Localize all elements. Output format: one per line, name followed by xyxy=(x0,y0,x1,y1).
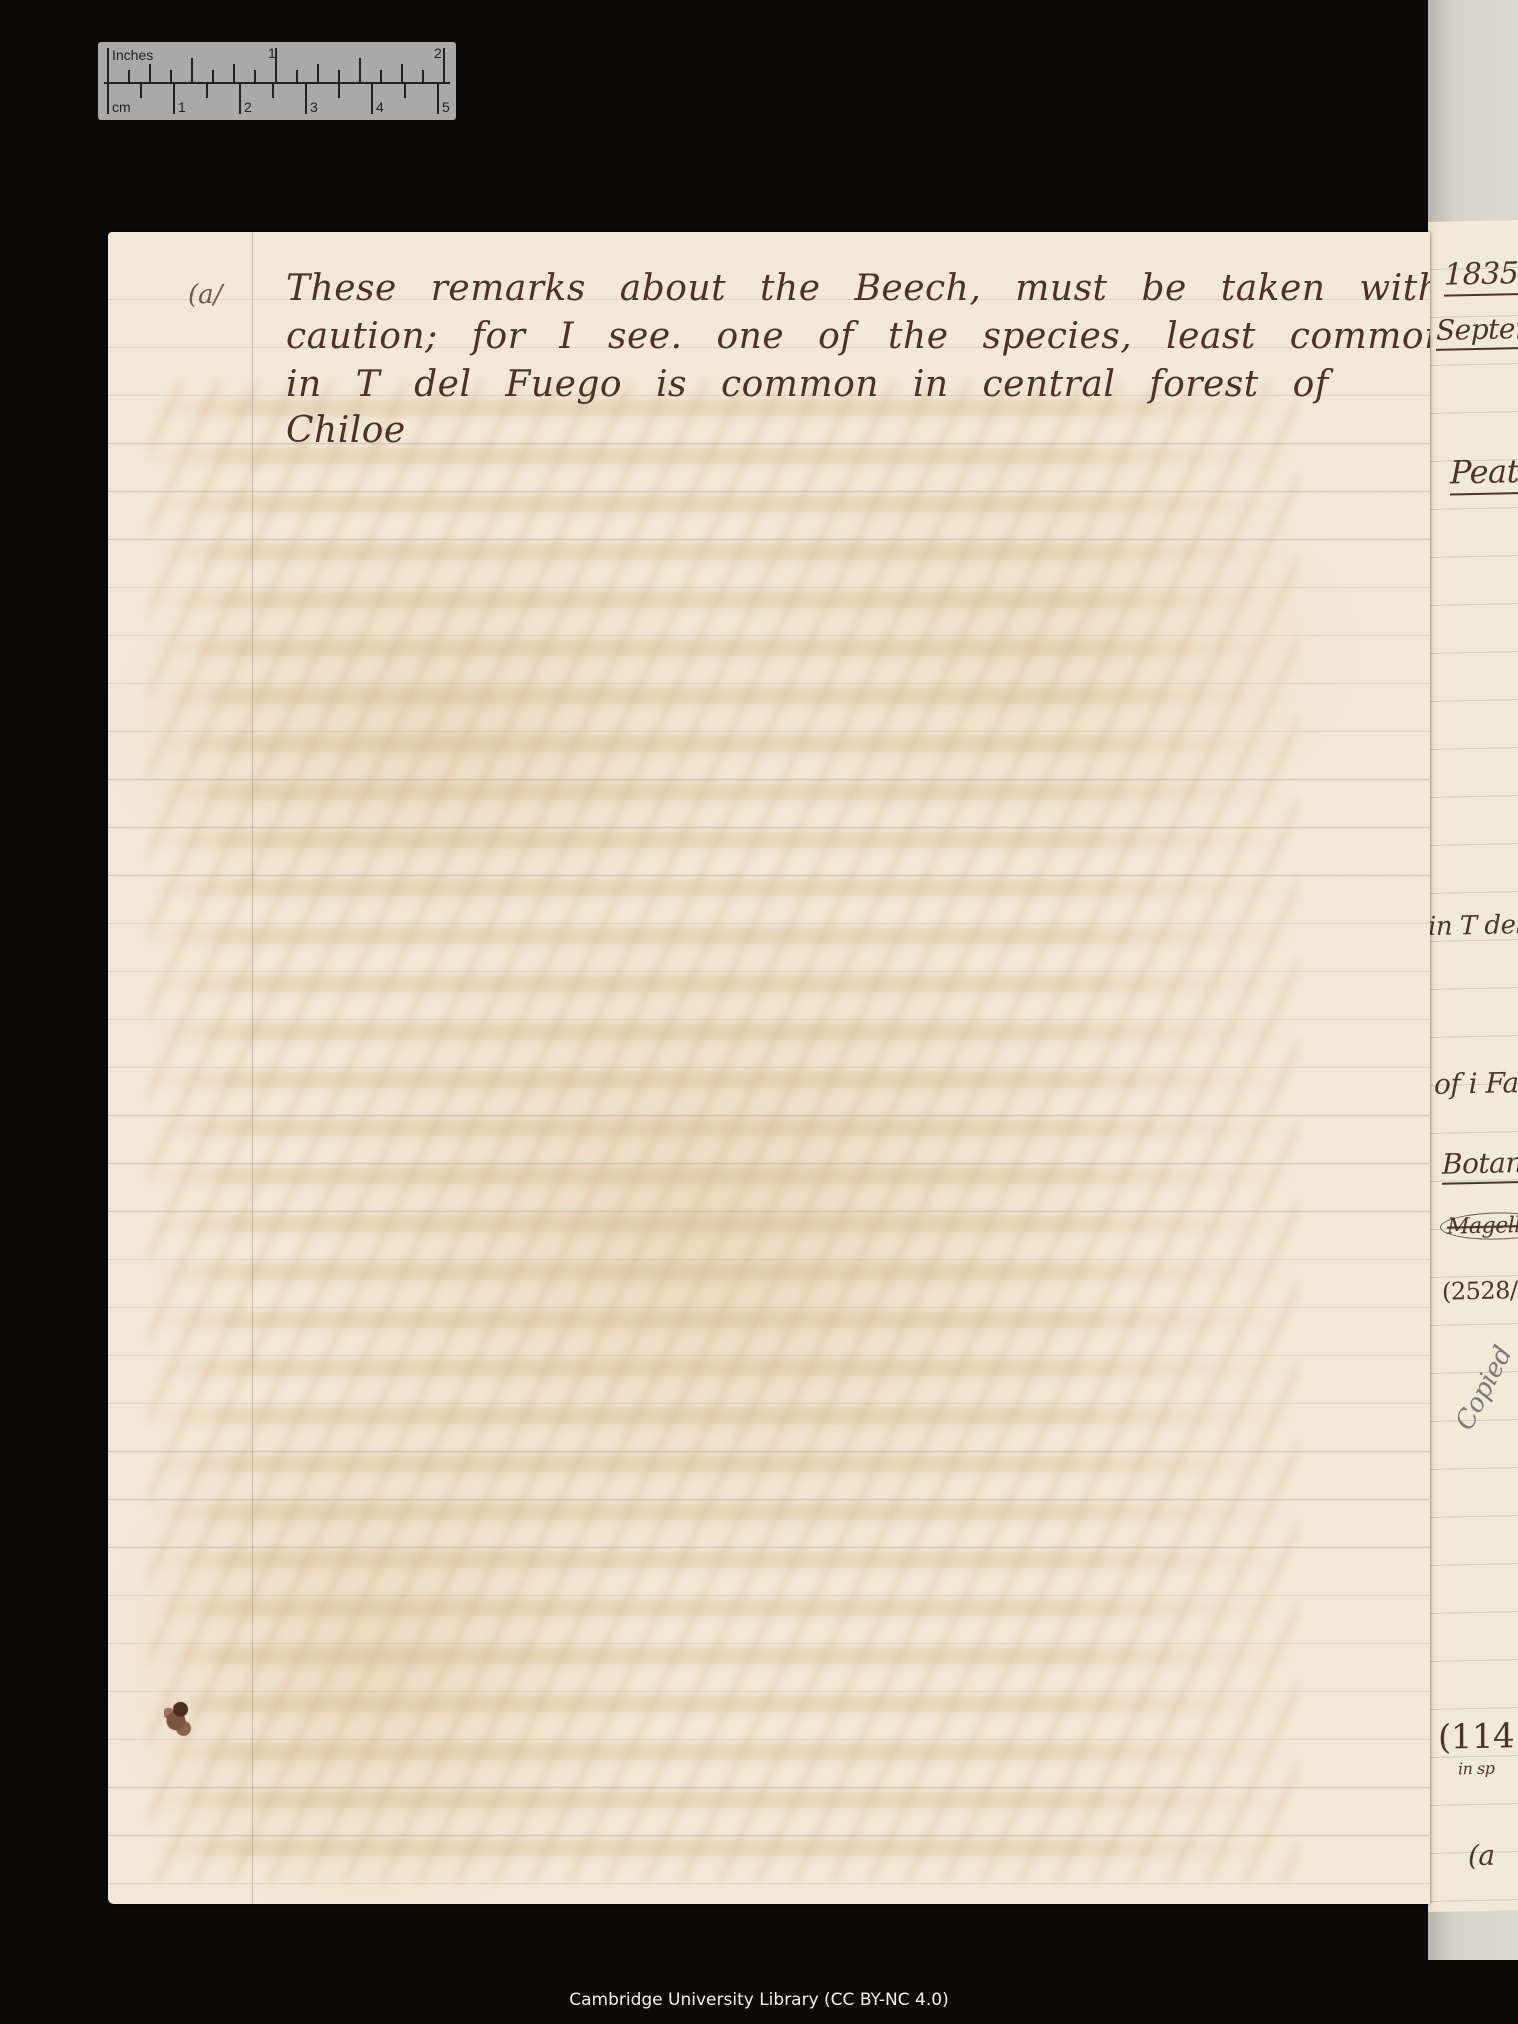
ruler-tick xyxy=(239,82,241,114)
margin-note-fuego: in T del Fuego xyxy=(1428,908,1518,942)
ruler-tick xyxy=(296,70,298,82)
ruler-tick xyxy=(254,70,256,82)
ruler-tick xyxy=(338,70,340,82)
note-marker: (a/ xyxy=(188,280,222,310)
ruler-tick xyxy=(275,48,277,82)
margin-year: 1835 xyxy=(1444,256,1518,297)
image-credit: Cambridge University Library (CC BY-NC 4… xyxy=(0,1990,1518,2010)
manuscript-page: (a/ These remarks about the Beech, must … xyxy=(108,232,1430,1904)
margin-month: September xyxy=(1436,311,1518,351)
ruler-cm-mark: 1 xyxy=(178,100,186,114)
ruler-tick xyxy=(107,82,109,114)
ruler-inches-label: Inches xyxy=(112,48,153,62)
margin-number-sub: in sp xyxy=(1458,1759,1494,1779)
ruler-tick xyxy=(371,82,373,114)
ink-bleed-through-strokes xyxy=(148,382,1298,1882)
ruler-tick xyxy=(380,70,382,82)
ruler-tick xyxy=(233,64,235,82)
ruler-cm-mark: 3 xyxy=(310,100,318,114)
ruler-tick xyxy=(443,48,445,82)
margin-specimen-number: (2528/ xyxy=(1442,1276,1518,1306)
ruler-tick xyxy=(401,64,403,82)
ruler-cm-mark: 2 xyxy=(244,100,252,114)
margin-number-a: (a xyxy=(1468,1839,1495,1873)
ruler-tick xyxy=(173,82,175,114)
ruler-tick xyxy=(212,70,214,82)
ruler-tick xyxy=(437,82,439,114)
text-line: Chiloe xyxy=(286,410,406,451)
text-line: caution; for I see. one of the species, … xyxy=(286,316,1430,357)
ruler-cm-label: cm xyxy=(112,100,131,114)
ruler-tick xyxy=(359,58,361,82)
adjacent-page: 1835 September Peat in T del Fuego of i … xyxy=(1428,220,1518,1912)
margin-heading-peat: Peat xyxy=(1450,452,1518,495)
ruler-cm-mark: 5 xyxy=(442,100,450,114)
text-line: in T del Fuego is common in central fore… xyxy=(286,364,1329,405)
margin-note-falkland: of i Falkland xyxy=(1434,1064,1518,1101)
ruler-tick xyxy=(107,48,109,82)
ruler-tick xyxy=(422,70,424,82)
ruler-cm-mark: 4 xyxy=(376,100,384,114)
margin-heading-botany: Botany xyxy=(1442,1146,1518,1185)
text-line: These remarks about the Beech, must be t… xyxy=(286,268,1430,309)
ruler-tick xyxy=(317,64,319,82)
ruler-tick xyxy=(140,82,142,98)
ruler-tick xyxy=(149,64,151,82)
ruler-tick xyxy=(338,82,340,98)
ruler-inch-mark: 2 xyxy=(434,46,442,60)
ruler-tick xyxy=(206,82,208,98)
ruler-midline xyxy=(104,82,450,84)
ruler-tick xyxy=(170,70,172,82)
ink-blot xyxy=(164,1698,194,1736)
margin-number-114: (114 xyxy=(1438,1716,1514,1758)
ruler-tick xyxy=(305,82,307,114)
scale-ruler: Inches cm 1 2 1 2 3 4 5 xyxy=(98,42,456,120)
ruler-tick xyxy=(272,82,274,98)
ruler-tick xyxy=(128,70,130,82)
ruler-tick xyxy=(191,58,193,82)
margin-crossed-out: Magellan xyxy=(1440,1211,1518,1240)
ruler-tick xyxy=(404,82,406,98)
